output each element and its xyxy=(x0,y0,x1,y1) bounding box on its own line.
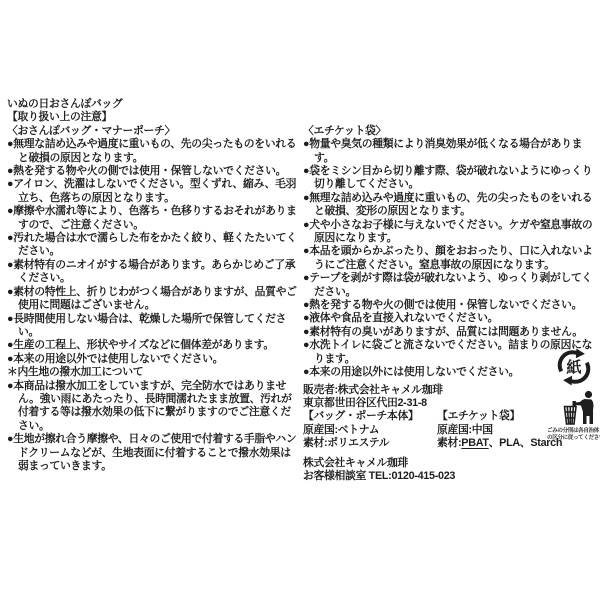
support-phone: お客様相談室 TEL:0120-415-023 xyxy=(303,470,600,483)
water-repellent-list: ●本商品は撥水加工をしていますが、完全防水ではありません。強い雨にあたったり、長… xyxy=(7,380,300,474)
notice-item: ●生地が擦れ合う摩擦や、日々のご使用で付着する手脂やハンドクリームなどが、生地表… xyxy=(7,433,300,473)
notice-item: ●アイロン、洗濯はしないでください。型くずれ、縮み、毛羽立ち、色落ちの原因となり… xyxy=(7,178,300,205)
notice-item: ●本商品は撥水加工をしていますが、完全防水ではありません。強い雨にあたったり、長… xyxy=(7,380,300,434)
disposal-note: ごみの分別は各自治体 の区分に従ってください。 xyxy=(547,428,600,442)
recycling-marks: 紙 ごみの分別は各自治体 の区分に従ってください。 xyxy=(547,346,600,442)
company-name: 株式会社キャメル珈琲 xyxy=(303,457,600,470)
notice-item: ●無理な詰め込みや過度に重いもの、先の尖ったものをいれると破損、変形の原因となり… xyxy=(303,192,600,219)
notice-item: ●袋をミシン目から切り離す際、袋が破れないようにゆっくり切り離してください。 xyxy=(303,165,600,192)
trash-disposal-icon xyxy=(560,390,600,426)
bag-notice-list: ●無理な詰め込みや過度に重いもの、先の尖ったものをいれると破損の原因となります。… xyxy=(7,138,300,366)
handling-section-heading: 【取り扱い上の注意】 xyxy=(7,111,300,124)
notice-item: ●素材の特性上、折りじわがつく場合がありますが、品質やご使用に問題はございません… xyxy=(7,286,300,313)
right-column-spacer xyxy=(303,98,600,125)
bag-body-heading: 【バッグ・ポーチ本体】 xyxy=(303,410,437,423)
etiquette-notice-list: ●物量や臭気の種類により消臭効果が低くなる場合があります。●袋をミシン目から切り… xyxy=(303,138,600,379)
notice-item: ●本来の用途以外では使用しないでください。 xyxy=(7,353,300,366)
etiquette-material-prefix: 素材: xyxy=(437,437,461,449)
bag-material: 素材:ポリエステル xyxy=(303,437,437,450)
support-info: 株式会社キャメル珈琲 お客様相談室 TEL:0120-415-023 xyxy=(303,457,600,484)
notice-item: ●物量や臭気の種類により消臭効果が低くなる場合があります。 xyxy=(303,138,600,165)
care-label-page: いぬの日おさんぽバッグ 【取り扱い上の注意】 〈おさんぽバッグ・マナーポーチ〉 … xyxy=(0,0,600,600)
notice-item: ●素材特有の臭いがありますが、品質には問題ありません。 xyxy=(303,326,600,339)
etiquette-bag-subheading: 〈エチケット袋〉 xyxy=(303,125,600,138)
paper-recycling-icon: 紙 xyxy=(555,346,593,388)
product-title: いぬの日おさんぽバッグ xyxy=(7,98,300,111)
bag-origin: 原産国:ベトナム xyxy=(303,424,437,437)
notice-item: ●液体や食品を直接入れないでください。 xyxy=(303,312,600,325)
notice-item: ●テープを剥がす際は袋が破れないよう、ゆっくり剥がしてください。 xyxy=(303,272,600,299)
notice-item: ●生産の工程上、形状やサイズなどに個体差があります。 xyxy=(7,339,300,352)
disposal-note-line2: の区分に従ってください。 xyxy=(547,435,600,442)
bag-pouch-subheading: 〈おさんぽバッグ・マナーポーチ〉 xyxy=(7,125,300,138)
notice-item: ●長時間使用しない場合は、乾燥した場所で保管してください。 xyxy=(7,313,300,340)
notice-item: ●熱を発する物や火の側では使用・保管しないでください。 xyxy=(303,299,600,312)
notice-item: ●犬や小さなお子様に与えないでください。ケガや窒息事故の原因になります。 xyxy=(303,219,600,246)
etiquette-material-pbat: PBAT xyxy=(461,437,488,449)
notice-item: ●摩擦や水濡れ等により、色落ち・色移りするおそれがありますので、ご注意ください。 xyxy=(7,205,300,232)
water-repellent-heading: ＊内生地の撥水加工について xyxy=(7,366,300,379)
notice-item: ●熱を発する物や火の側では使用・保管しないでください。 xyxy=(7,165,300,178)
left-column: いぬの日おさんぽバッグ 【取り扱い上の注意】 〈おさんぽバッグ・マナーポーチ〉 … xyxy=(7,98,300,473)
notice-item: ●本品を頭からかぶったり、顔をおおったり、口に入れないようにご注意ください。窒息… xyxy=(303,245,600,272)
paper-mark-kanji: 紙 xyxy=(565,359,581,377)
notice-item: ●汚れた場合は水で濡らした布をかたく絞り、軽くたたいてください。 xyxy=(7,232,300,259)
notice-item: ●素材特有のニオイがする場合があります。あらかじめご了承ください。 xyxy=(7,259,300,286)
notice-item: ●無理な詰め込みや過度に重いもの、先の尖ったものをいれると破損の原因となります。 xyxy=(7,138,300,165)
